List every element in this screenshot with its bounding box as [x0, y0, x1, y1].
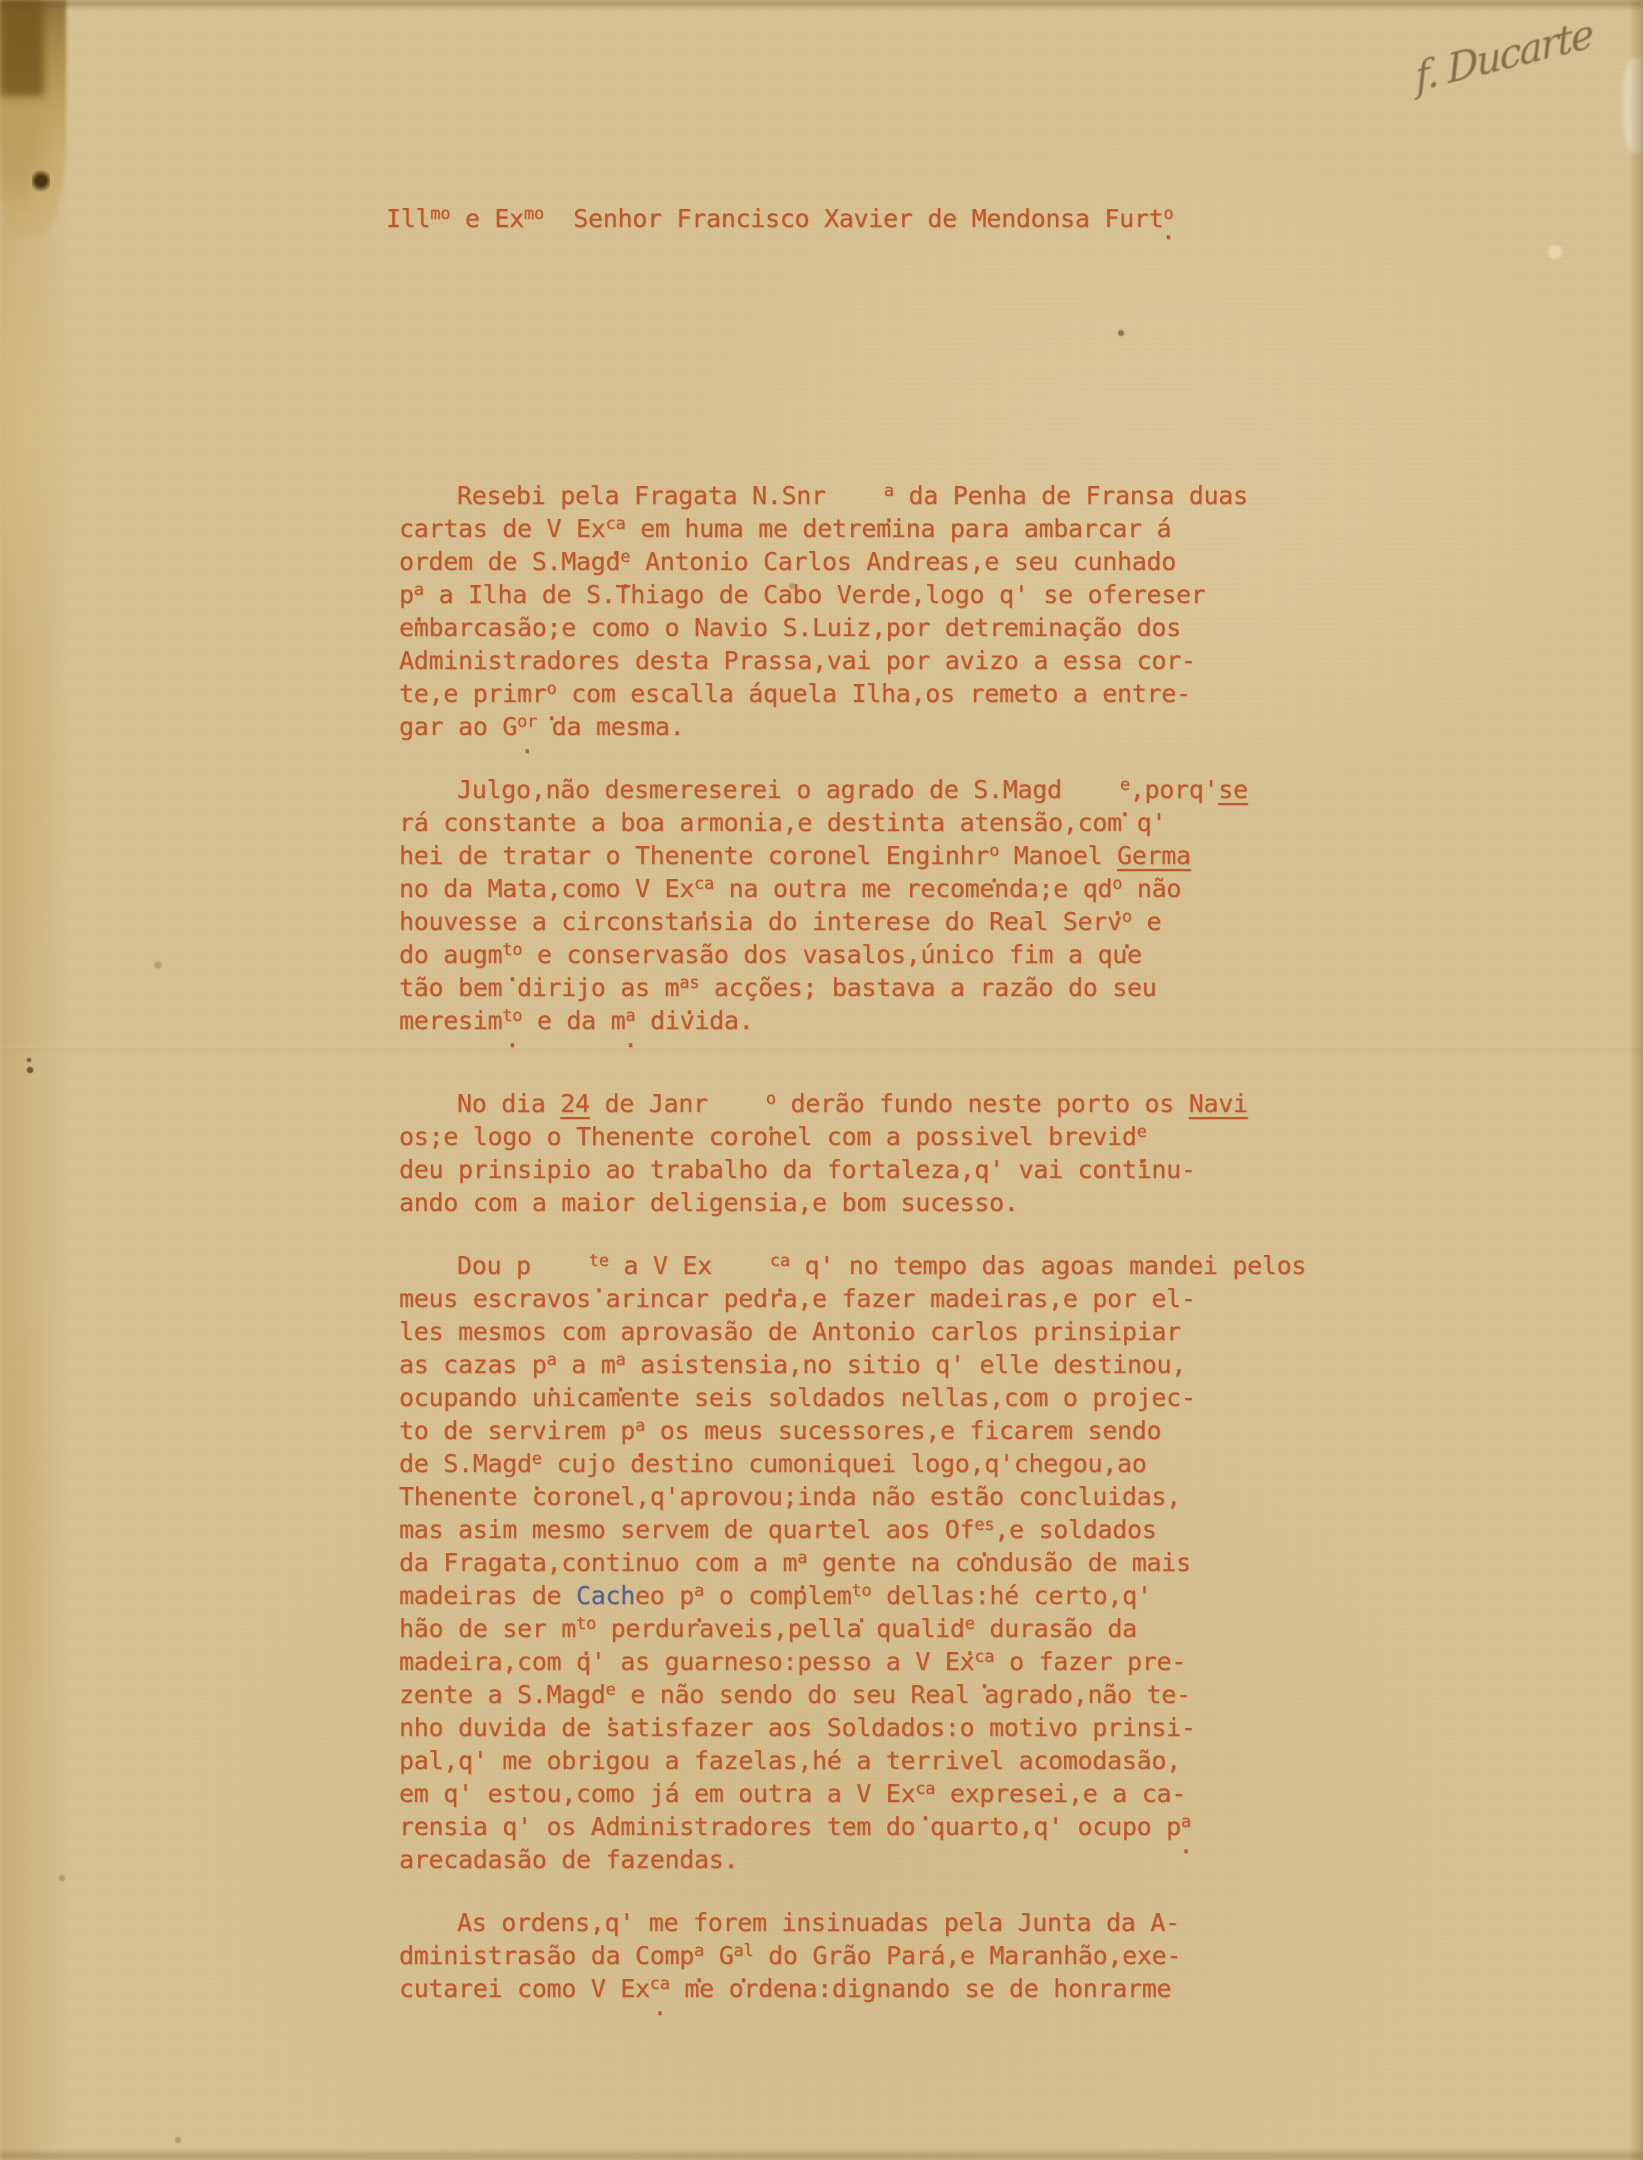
- text-line: No dia 24 de Janro. derão fundo neste po…: [399, 1087, 1306, 1120]
- page-edge-bottom: [0, 2152, 1643, 2160]
- text-line: houvesse a circonstansia do interese do …: [399, 905, 1306, 938]
- text-line: te,e primro. com escalla áquela Ilha,os …: [399, 677, 1306, 710]
- text-line: do augmto. e conservasão dos vasalos,úni…: [399, 938, 1306, 971]
- page-edge-right: [1629, 0, 1643, 2160]
- handwritten-annotation: f. Ducarte: [1414, 0, 1643, 101]
- text-line: madeira,com q' as guarneso:pesso a V Exc…: [399, 1645, 1306, 1678]
- text-line: As ordens,q' me forem insinuadas pela Ju…: [399, 1906, 1306, 1939]
- paragraph-5: As ordens,q' me forem insinuadas pela Ju…: [399, 1906, 1306, 2005]
- text-line: to de servirem pa. os meus sucessores,e …: [399, 1414, 1306, 1447]
- text-line: Administradores desta Prassa,vai por avi…: [399, 644, 1306, 677]
- text-line: as cazas pa. a ma. asistensia,no sitio q…: [399, 1348, 1306, 1381]
- text-line: hei de tratar o Thenente coronel Enginhr…: [399, 839, 1306, 872]
- text-line: da Fragata,continuo com a ma. gente na c…: [399, 1546, 1306, 1579]
- text-line: Resebi pela Fragata N.Snra. da Penha de …: [399, 479, 1306, 512]
- paragraph-4: Dou pte. a V Exca. q' no tempo das agoas…: [399, 1249, 1306, 1876]
- left-edge-water-stain: [0, 0, 84, 2160]
- letter-body: Resebi pela Fragata N.Snra. da Penha de …: [399, 479, 1306, 2035]
- text-line: madeiras de Cacheo pa. o complemto. dell…: [399, 1579, 1306, 1612]
- tape-dark-patch: [0, 0, 44, 96]
- text-line: Julgo,não desmereserei o agrado de S.Mag…: [399, 773, 1306, 806]
- text-line: dministrasão da Compa. Gal. do Grão Pará…: [399, 1939, 1306, 1972]
- text-line: mas asim mesmo servem de quartel aos Ofe…: [399, 1513, 1306, 1546]
- text-line: pa. a Ilha de S.Thiago de Cabo Verde,log…: [399, 578, 1306, 611]
- letter-page: f. Ducarte Illmo e Exmo Senhor Francisco…: [0, 0, 1643, 2160]
- text-line: ordem de S.Magde. Antonio Carlos Andreas…: [399, 545, 1306, 578]
- text-line: cutarei como V Exca. me ordena:dignando …: [399, 1972, 1306, 2005]
- paragraph-3: No dia 24 de Janro. derão fundo neste po…: [399, 1087, 1306, 1219]
- text-line: de S.Magde. cujo destino cumoniquei logo…: [399, 1447, 1306, 1480]
- text-line: gar ao Gor. da mesma.: [399, 710, 1306, 743]
- text-line: tão bem dirijo as mas. acções; bastava a…: [399, 971, 1306, 1004]
- text-line: hão de ser mto. perduraveis,pella qualid…: [399, 1612, 1306, 1645]
- text-line: arecadasão de fazendas.: [399, 1843, 1306, 1876]
- text-line: os;e logo o Thenente coronel com a possi…: [399, 1120, 1306, 1153]
- text-line: rá constante a boa armonia,e destinta at…: [399, 806, 1306, 839]
- dark-spot: [32, 170, 50, 194]
- text-line: nho duvida de satisfazer aos Soldados:o …: [399, 1711, 1306, 1744]
- text-line: ando com a maior deligensia,e bom sucess…: [399, 1186, 1306, 1219]
- letter-heading: Illmo e Exmo Senhor Francisco Xavier de …: [386, 204, 1173, 233]
- text-line: les mesmos com aprovasão de Antonio carl…: [399, 1315, 1306, 1348]
- text-line: meresimto. e da ma. divida.: [399, 1004, 1306, 1037]
- text-line: embarcasão;e como o Navio S.Luiz,por det…: [399, 611, 1306, 644]
- text-line: pal,q' me obrigou a fazelas,hé a terrive…: [399, 1744, 1306, 1777]
- paragraph-1: Resebi pela Fragata N.Snra. da Penha de …: [399, 479, 1306, 743]
- ink-blot: [24, 1056, 36, 1076]
- text-line: em q' estou,como já em outra a V Exca. e…: [399, 1777, 1306, 1810]
- text-line: rensia q' os Administradores tem do quar…: [399, 1810, 1306, 1843]
- text-line: ocupando unicamente seis soldados nellas…: [399, 1381, 1306, 1414]
- paragraph-2: Julgo,não desmereserei o agrado de S.Mag…: [399, 773, 1306, 1037]
- text-line: no da Mata,como V Exca. na outra me reco…: [399, 872, 1306, 905]
- text-line: zente a S.Magde. e não sendo do seu Real…: [399, 1678, 1306, 1711]
- page-edge-top: [0, 0, 1643, 7]
- text-line: deu prinsipio ao trabalho da fortaleza,q…: [399, 1153, 1306, 1186]
- text-line: Dou pte. a V Exca. q' no tempo das agoas…: [399, 1249, 1306, 1282]
